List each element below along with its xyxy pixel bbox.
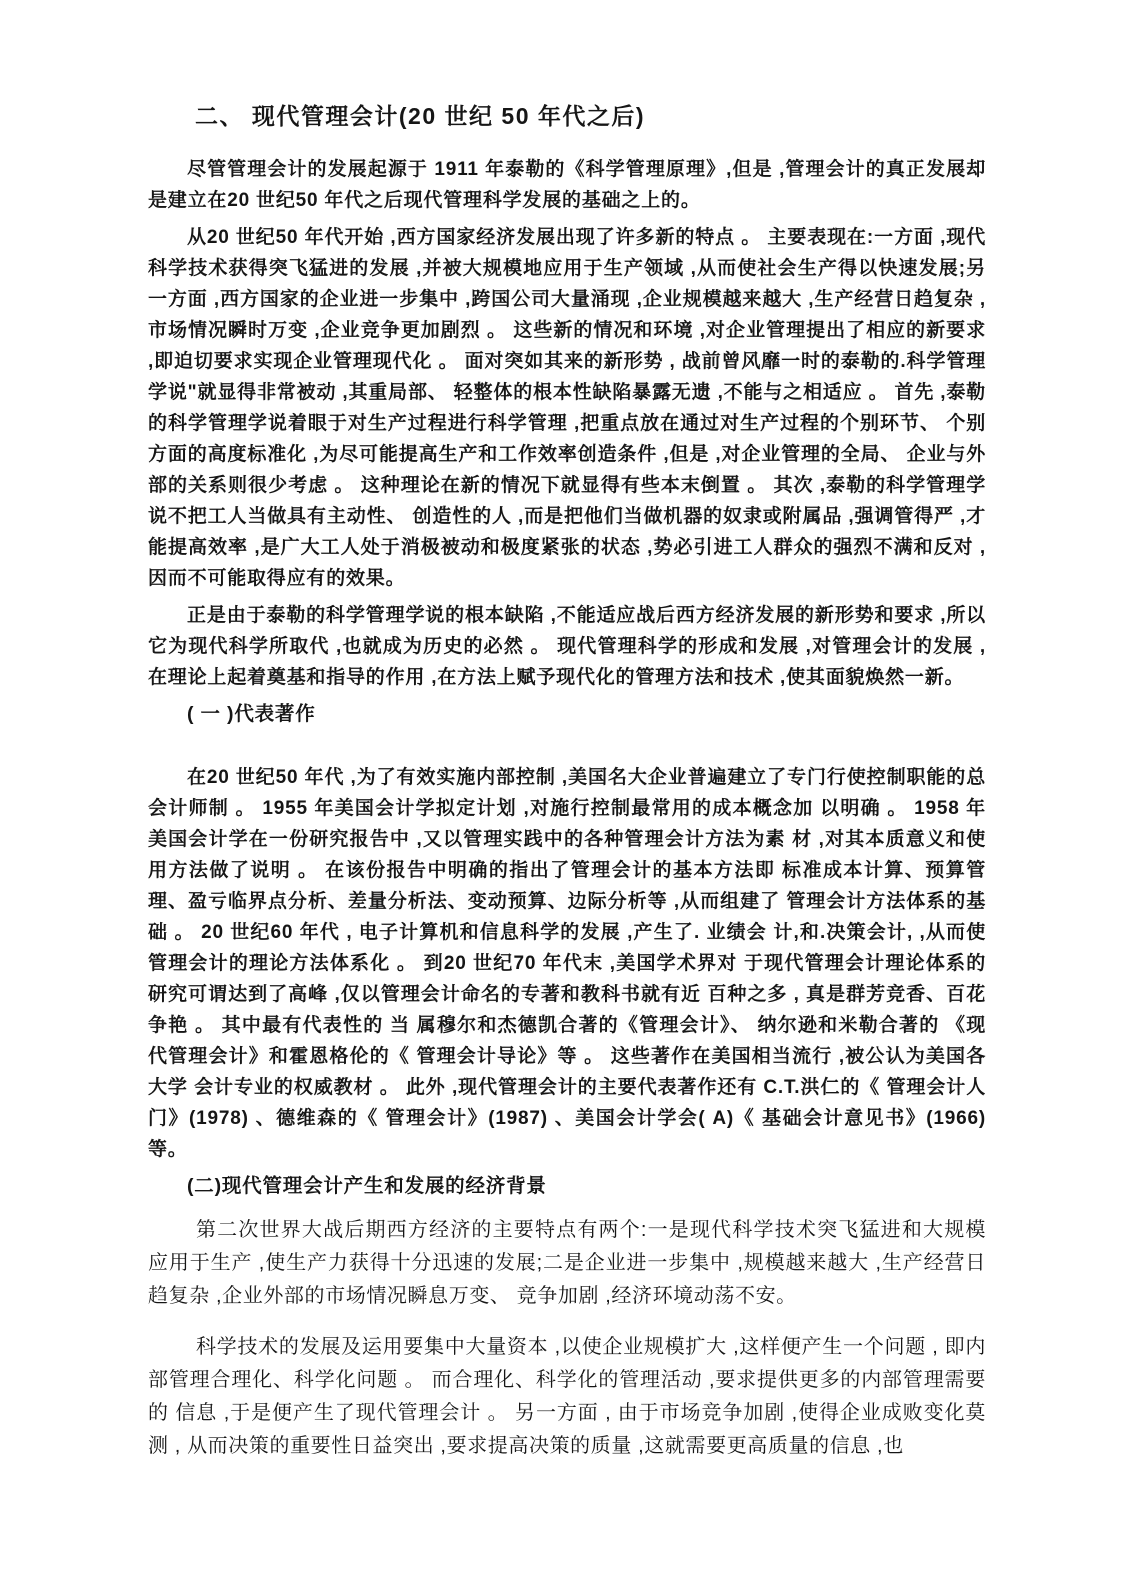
subheading-economic-background: (二)现代管理会计产生和发展的经济背景 bbox=[148, 1171, 986, 1202]
paragraph-representative-works: 在20 世纪50 年代 ,为了有效实施内部控制 ,美国名大企业普遍建立了专门行使… bbox=[148, 762, 986, 1165]
paragraph-capital-concentration: 科学技术的发展及运用要集中大量资本 ,以使企业规模扩大 ,这样便产生一个问题 ,… bbox=[148, 1331, 986, 1463]
paragraph-intro: 尽管管理会计的发展起源于 1911 年泰勒的《科学管理原理》,但是 ,管理会计的… bbox=[148, 154, 986, 216]
paragraph-taylor-defects: 正是由于泰勒的科学管理学说的根本缺陷 ,不能适应战后西方经济发展的新形势和要求 … bbox=[148, 600, 986, 693]
document-page: 二、 现代管理会计(20 世纪 50 年代之后) 尽管管理会计的发展起源于 19… bbox=[0, 0, 1128, 1570]
subheading-representative-works: ( 一 )代表著作 bbox=[148, 699, 986, 730]
paragraph-postwar-economy: 第二次世界大战后期西方经济的主要特点有两个:一是现代科学技术突飞猛进和大规模 应… bbox=[148, 1214, 986, 1313]
document-title: 二、 现代管理会计(20 世纪 50 年代之后) bbox=[148, 100, 986, 132]
paragraph-new-features: 从20 世纪50 年代开始 ,西方国家经济发展出现了许多新的特点 。 主要表现在… bbox=[148, 222, 986, 594]
document-content: 二、 现代管理会计(20 世纪 50 年代之后) 尽管管理会计的发展起源于 19… bbox=[0, 0, 1128, 1463]
